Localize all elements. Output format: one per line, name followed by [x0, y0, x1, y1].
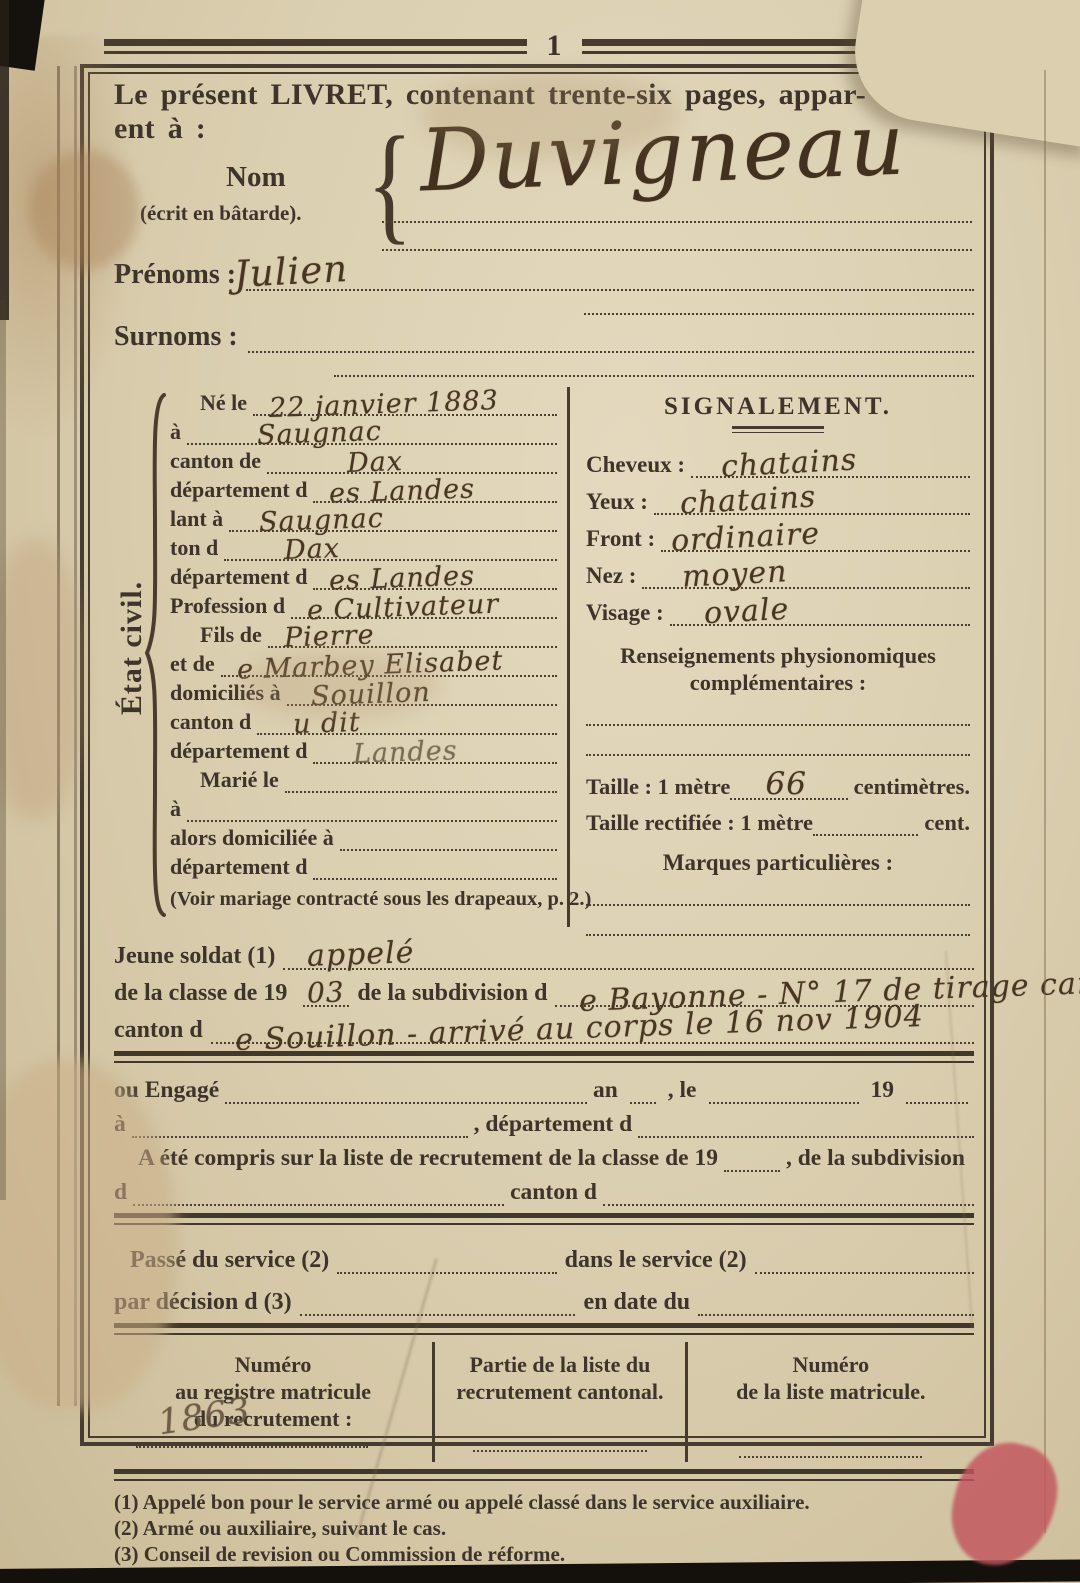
matricule-list-title1: Numéro [688, 1352, 974, 1379]
dotted-line [473, 1450, 648, 1452]
matricule-list-cell: Numéro de la liste matricule. [688, 1342, 974, 1462]
field-label: département d [170, 564, 307, 590]
dotted-line [755, 1272, 974, 1274]
field-label: à [170, 419, 181, 445]
dotted-line [136, 1446, 368, 1448]
civil-status-fields: Né le22 janvier 1883 àSaugnac canton deD… [170, 387, 565, 927]
section-rule [114, 1323, 974, 1335]
first-names-handwritten: Julien [233, 247, 349, 296]
field-label: ton d [170, 535, 218, 561]
matricule-number-cell: Numéro au registre matricule du recrutem… [114, 1342, 432, 1462]
class-label: de la classe de 19 [114, 980, 287, 1007]
field-row: domiciliés àSouillon [170, 677, 557, 706]
physiognomic-info-label: Renseignements physionomiques complément… [586, 642, 970, 696]
cantonal-list-title1: Partie de la liste du [435, 1352, 684, 1379]
field-row: Nez :moyen [586, 552, 970, 589]
dotted-line [813, 834, 918, 836]
service-to-label: dans le service (2) [565, 1247, 747, 1274]
service-transfer-section: Passé du service (2) dans le service (2)… [114, 1232, 974, 1316]
footnote-1: (1) Appelé bon pour le service armé ou a… [114, 1489, 974, 1515]
corrected-height-label: Taille rectifiée : 1 mètre [586, 810, 813, 836]
field-label: lant à [170, 506, 223, 532]
civil-status-sidebar: État civil. [114, 387, 170, 927]
dotted-line [337, 1272, 556, 1274]
field-label: canton d [170, 709, 251, 735]
enlisted-section: ou Engagé an , le 19 à , département d [114, 1070, 974, 1206]
service-transfer-row: Passé du service (2) dans le service (2) [114, 1232, 974, 1274]
matricule-list-title2: de la liste matricule. [688, 1379, 974, 1406]
recruitment-canton-row: d canton d [114, 1172, 974, 1206]
dotted-line [638, 1136, 974, 1138]
nicknames-label: Surnoms : [114, 321, 238, 353]
decision-row: par décision d (3) en date du [114, 1274, 974, 1316]
field-label: canton de [170, 448, 261, 474]
matricule-number-title1: Numéro [114, 1352, 432, 1379]
field-row: Front :ordinaire [586, 515, 970, 552]
dotted-line [630, 1101, 656, 1104]
section-rule [114, 1469, 974, 1481]
field-row: département dLandes [170, 735, 557, 764]
recruitment-list-text: A été compris sur la liste de recrutemen… [138, 1145, 718, 1172]
military-booklet-page: 1 Le présent LIVRET, contenant trente-si… [0, 0, 1080, 1583]
field-label: département d [170, 854, 307, 880]
field-row: Profession de Cultivateur [170, 590, 557, 619]
dotted-line [584, 291, 974, 315]
marriage-note: (Voir mariage contracté sous les drapeau… [170, 888, 557, 911]
surname-handwritten: Duvigneau [418, 95, 908, 212]
name-block: Nom (écrit en bâtarde). { Duvigneau [114, 147, 974, 253]
dotted-line [698, 1314, 974, 1316]
height-unit: centimètres. [854, 774, 970, 800]
dotted-line [586, 696, 970, 726]
particular-marks-label: Marques particulières : [586, 850, 970, 876]
first-names-label: Prénoms : [114, 259, 236, 291]
top-rule-left [104, 39, 527, 54]
dotted-line [586, 906, 970, 936]
name-sublabel: (écrit en bâtarde). [140, 201, 302, 226]
dotted-line [133, 1204, 504, 1206]
canton-arrival-row: canton d e Souillon - arrivé au corps le… [114, 1007, 974, 1044]
field-label: à [170, 796, 181, 822]
scan-edge [0, 300, 6, 1200]
le-label: , le [668, 1077, 697, 1104]
field-row: Fils dePierre [170, 619, 557, 648]
nicknames-row: Surnoms : [114, 315, 974, 353]
dotted-line [334, 353, 974, 377]
dotted-line [739, 1456, 922, 1458]
subdivision-label: de la subdivision d [357, 980, 547, 1007]
corrected-height-row: Taille rectifiée : 1 mètre cent. [586, 806, 970, 836]
field-row: département des Landes [170, 474, 557, 503]
field-row: àSaugnac [170, 416, 557, 445]
canton-label: canton d [114, 1017, 203, 1044]
dotted-line [906, 1101, 968, 1104]
field-row: Visage :ovale [586, 589, 970, 626]
field-label: Profession d [170, 593, 285, 619]
young-soldier-row: Jeune soldat (1) appelé [114, 933, 974, 970]
footnote-3: (3) Conseil de revision ou Commission de… [114, 1541, 974, 1567]
name-label: Nom [226, 161, 286, 194]
field-row: et dee Marbey Elisabet [170, 648, 557, 677]
height-value-handwritten: 66 [766, 766, 807, 802]
dotted-line: 66 [730, 798, 847, 800]
field-row: Marié le [170, 764, 557, 793]
field-label: Nez : [586, 563, 636, 589]
field-label: Visage : [586, 600, 664, 626]
page-header-rule: 1 [104, 32, 1004, 60]
class-value-handwritten: 03 [307, 976, 346, 1010]
corrected-height-unit: cent. [924, 810, 970, 836]
young-soldier-section: Jeune soldat (1) appelé de la classe de … [114, 933, 974, 1044]
field-row: canton du dit [170, 706, 557, 735]
top-rule-right [582, 39, 1005, 54]
field-row: Né le22 janvier 1883 [170, 387, 557, 416]
enlisted-label: ou Engagé [114, 1077, 219, 1104]
field-row: Yeux :chatains [586, 478, 970, 515]
century-label: 19 [871, 1077, 895, 1104]
field-row: ton dDax [170, 532, 557, 561]
field-label: Yeux : [586, 489, 648, 515]
canton-label: canton d [510, 1179, 597, 1206]
dotted-line: e Souillon - arrivé au corps le 16 nov 1… [211, 1042, 974, 1044]
title-underline [732, 426, 824, 433]
field-row: alors domiciliée à [170, 822, 557, 851]
dotted-line [246, 289, 974, 291]
physiognomic-info-line1: Renseignements physionomiques [586, 642, 970, 669]
field-label: domiciliés à [170, 680, 281, 706]
dotted-line [382, 249, 972, 251]
field-row: département des Landes [170, 561, 557, 590]
field-label: département d [170, 477, 307, 503]
section-rule [114, 1213, 974, 1225]
recruitment-list-suffix: , de la subdivision [786, 1145, 965, 1172]
field-row: Cheveux :chatains [586, 441, 970, 478]
at-label: à [114, 1111, 126, 1138]
physiognomic-info-line2: complémentaires : [586, 669, 970, 696]
dotted-line [225, 1102, 587, 1104]
field-label: alors domiciliée à [170, 825, 334, 851]
scan-edge [0, 0, 49, 71]
cantonal-list-cell: Partie de la liste du recrutement canton… [432, 1342, 687, 1462]
canton-value-handwritten: e Souillon - arrivé au corps le 16 nov 1… [234, 999, 924, 1058]
height-row: Taille : 1 mètre 66 centimètres. [586, 770, 970, 800]
dotted-line [382, 221, 972, 223]
description-title: SIGNALEMENT. [586, 393, 970, 421]
dotted-line [603, 1204, 974, 1206]
page-frame: Le présent LIVRET, contenant trente-six … [80, 64, 994, 1446]
field-label: et de [170, 651, 215, 677]
decision-label: par décision d (3) [114, 1289, 292, 1316]
field-label: Marié le [200, 767, 279, 793]
field-row: canton deDax [170, 445, 557, 474]
footnote-2: (2) Armé ou auxiliaire, suivant le cas. [114, 1515, 974, 1541]
d-label: d [114, 1179, 127, 1206]
field-row: département d [170, 851, 557, 880]
service-from-label: Passé du service (2) [130, 1247, 329, 1274]
field-value-handwritten: ovale [703, 592, 790, 631]
dotted-line [709, 1101, 859, 1104]
description-section: SIGNALEMENT. Cheveux :chatains Yeux :cha… [570, 387, 974, 927]
dotted-line: ovale [670, 624, 970, 626]
field-label: Fils de [200, 622, 262, 648]
brace-icon: { [367, 117, 413, 249]
footnotes: (1) Appelé bon pour le service armé ou a… [114, 1489, 974, 1567]
young-soldier-handwritten: appelé [307, 935, 416, 974]
field-row: lant àSaugnac [170, 503, 557, 532]
recruitment-list-row: A été compris sur la liste de recrutemen… [114, 1138, 974, 1172]
paper-stain [0, 540, 83, 820]
dotted-line [586, 726, 970, 756]
height-label: Taille : 1 mètre [586, 774, 730, 800]
cantonal-list-title2: recrutement cantonal. [435, 1379, 684, 1406]
page-number: 1 [547, 29, 562, 63]
field-label: département d [170, 738, 307, 764]
field-label: Front : [586, 526, 655, 552]
field-row: à [170, 793, 557, 822]
field-label: Cheveux : [586, 452, 685, 478]
dotted-line [132, 1136, 468, 1138]
scan-edge [0, 0, 9, 320]
dotted-line [300, 1314, 576, 1316]
brace-icon [142, 391, 168, 919]
year-word-label: an [593, 1077, 618, 1104]
enlisted-place-row: à , département d [114, 1104, 974, 1138]
dotted-line [248, 351, 974, 353]
civil-status-and-description: État civil. Né le22 janvier 1883 àSaugna… [114, 387, 974, 927]
date-label: en date du [583, 1289, 690, 1316]
page-crease [1044, 70, 1046, 1533]
matricule-table: Numéro au registre matricule du recrutem… [114, 1342, 974, 1462]
department-label: , département d [474, 1111, 633, 1138]
margin-rule-lines [57, 66, 77, 1406]
dotted-line [313, 878, 557, 880]
dotted-line [586, 876, 970, 906]
young-soldier-label: Jeune soldat (1) [114, 943, 275, 970]
first-names-row: Prénoms : Julien [114, 253, 974, 291]
enlisted-row: ou Engagé an , le 19 [114, 1070, 974, 1104]
field-label: Né le [200, 390, 247, 416]
dotted-line [724, 1169, 780, 1172]
